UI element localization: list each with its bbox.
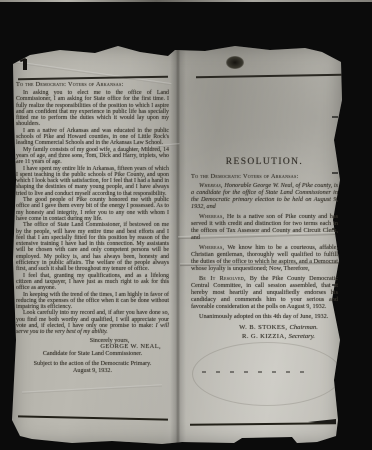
primary-subject-note: Subject to the action of the Democratic … bbox=[16, 361, 169, 368]
primary-date: August 9, 1932. bbox=[16, 368, 169, 375]
secretary-name: R. G. KIZZIA, bbox=[242, 333, 287, 340]
resolution-whereas-3: Whereas, We know him to be a courteous, … bbox=[191, 245, 338, 273]
resolution-salutation: To the Democratic Voters of Arkansas: bbox=[191, 173, 338, 180]
candidate-signature-title: Candidate for State Land Commissioner. bbox=[16, 351, 169, 358]
letter-paragraph-2: I am a native of Arkansas and was educat… bbox=[16, 128, 169, 147]
crease-line bbox=[22, 384, 162, 393]
crease-line bbox=[192, 342, 342, 406]
resolution-adoption: Unanimously adopted on this 4th day of J… bbox=[191, 314, 338, 321]
resolution-resolved: Be It Resolved, By the Pike County Democ… bbox=[191, 276, 338, 311]
ink-stain bbox=[226, 56, 244, 69]
chairman-title: Chairman. bbox=[289, 324, 317, 331]
letter-paragraph-4: I have spent my entire life in Arkansas,… bbox=[16, 166, 169, 197]
resolution-whereas-2: Whereas, He is a native son of Pike coun… bbox=[191, 214, 338, 242]
edge-mark bbox=[332, 116, 338, 118]
letter-paragraph-6: The office of State Land Commissioner, i… bbox=[16, 222, 169, 272]
letter-paragraph-7: I feel that, granting my qualifications,… bbox=[16, 273, 169, 292]
photograph-of-campaign-leaflet: To the Democratic Voters of Arkansas: In… bbox=[0, 0, 372, 450]
printers-ink-mark bbox=[23, 59, 27, 70]
resolution-page: RESOLUTION. To the Democratic Voters of … bbox=[191, 157, 338, 343]
letter-paragraph-3: My family consists of my good wife, a da… bbox=[16, 147, 169, 166]
photo-edge-strip bbox=[0, 0, 372, 2]
center-fold-crease bbox=[170, 46, 186, 444]
letter-salutation: To the Democratic Voters of Arkansas: bbox=[16, 81, 169, 88]
chairman-signature: W. B. STOKES, Chairman. bbox=[191, 325, 338, 332]
campaign-letter-page: To the Democratic Voters of Arkansas: In… bbox=[16, 81, 169, 375]
resolution-title: RESOLUTION. bbox=[191, 157, 338, 167]
letter-paragraph-5: The good people of Pike county honored m… bbox=[16, 197, 169, 222]
faint-dash-marks bbox=[202, 371, 314, 373]
printed-rule-top-left bbox=[18, 76, 168, 81]
letter-paragraph-9-text: Look carefully into my record and, if af… bbox=[16, 310, 169, 329]
secretary-signature: R. G. KIZZIA, Secretary. bbox=[191, 334, 338, 341]
chairman-name: W. B. STOKES, bbox=[239, 324, 287, 331]
printed-rule-top-right bbox=[196, 74, 344, 79]
printed-rule-bottom-left bbox=[18, 415, 168, 420]
letter-paragraph-1: In asking you to elect me to the office … bbox=[16, 90, 169, 128]
printed-rule-bottom-right bbox=[190, 422, 336, 426]
letter-paragraph-9: Look carefully into my record and, if af… bbox=[16, 310, 169, 335]
letter-paragraph-8: In keeping with the trend of the times, … bbox=[16, 292, 169, 311]
candidate-signature-name: GEORGE W. NEAL, bbox=[16, 344, 169, 351]
secretary-title: Secretary. bbox=[289, 333, 315, 340]
resolution-whereas-1: Whereas, Honorable George W. Neal, of Pi… bbox=[191, 183, 338, 211]
